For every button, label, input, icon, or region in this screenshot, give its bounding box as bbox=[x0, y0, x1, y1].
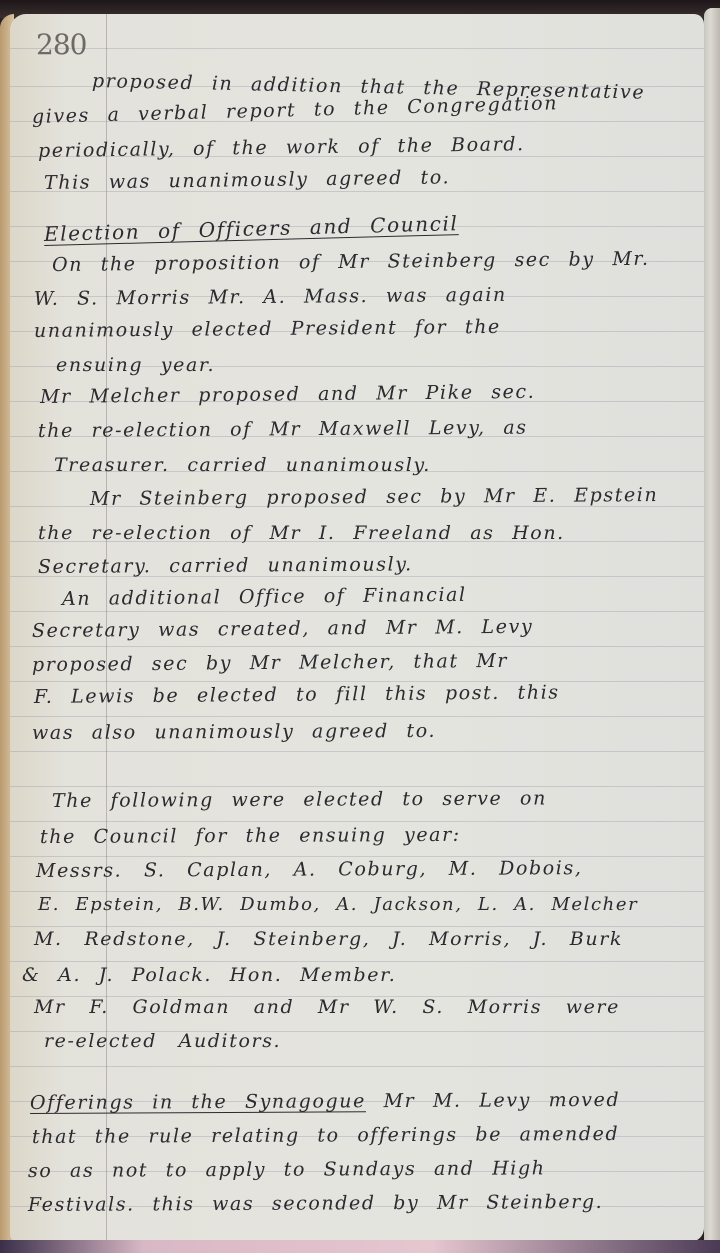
text-line: Festivals. this was seconded by Mr Stein… bbox=[28, 1191, 603, 1216]
text-line: Mr F. Goldman and Mr W. S. Morris were bbox=[34, 996, 620, 1018]
text-line: re-elected Auditors. bbox=[44, 1030, 281, 1052]
text-line: that the rule relating to offerings be a… bbox=[32, 1123, 619, 1148]
text-line: Treasurer. carried unanimously. bbox=[54, 454, 431, 476]
offerings-first-line: Offerings in the Synagogue Mr M. Levy mo… bbox=[30, 1089, 620, 1114]
text-line: Secretary was created, and Mr M. Levy bbox=[32, 616, 533, 642]
text-line: unanimously elected President for the bbox=[34, 316, 501, 342]
text-line: was also unanimously agreed to. bbox=[32, 720, 436, 744]
text-line: W. S. Morris Mr. A. Mass. was again bbox=[34, 284, 507, 310]
council-members-line: & A. J. Polack. Hon. Member. bbox=[22, 964, 396, 986]
text-line: the re-election of Mr I. Freeland as Hon… bbox=[38, 522, 565, 544]
next-page-edge bbox=[704, 8, 720, 1246]
page-number: 280 bbox=[36, 28, 86, 61]
text-line: the Council for the ensuing year: bbox=[40, 824, 461, 848]
text-line: proposed sec by Mr Melcher, that Mr bbox=[32, 650, 508, 676]
book-scan: 280 proposed in addition that the Repres… bbox=[0, 0, 720, 1253]
text-line: Mr Steinberg proposed sec by Mr E. Epste… bbox=[90, 484, 658, 510]
notebook-page: 280 proposed in addition that the Repres… bbox=[10, 14, 704, 1242]
text-line: The following were elected to serve on bbox=[52, 787, 547, 812]
text-line: Mr M. Levy moved bbox=[383, 1089, 620, 1112]
council-members-line: Messrs. S. Caplan, A. Coburg, M. Dobois, bbox=[36, 857, 583, 882]
section-heading-offerings: Offerings in the Synagogue bbox=[30, 1090, 366, 1114]
text-line: ensuing year. bbox=[56, 354, 215, 376]
council-members-line: E. Epstein, B.W. Dumbo, A. Jackson, L. A… bbox=[38, 894, 638, 915]
text-line: so as not to apply to Sundays and High bbox=[28, 1157, 546, 1182]
text-line: Secretary. carried unanimously. bbox=[38, 553, 413, 578]
text-line: An additional Office of Financial bbox=[62, 584, 467, 610]
book-cover-edge bbox=[0, 1240, 720, 1253]
text-line: F. Lewis be elected to fill this post. t… bbox=[34, 681, 560, 708]
text-line: the re-election of Mr Maxwell Levy, as bbox=[38, 417, 528, 442]
council-members-line: M. Redstone, J. Steinberg, J. Morris, J.… bbox=[34, 928, 623, 950]
